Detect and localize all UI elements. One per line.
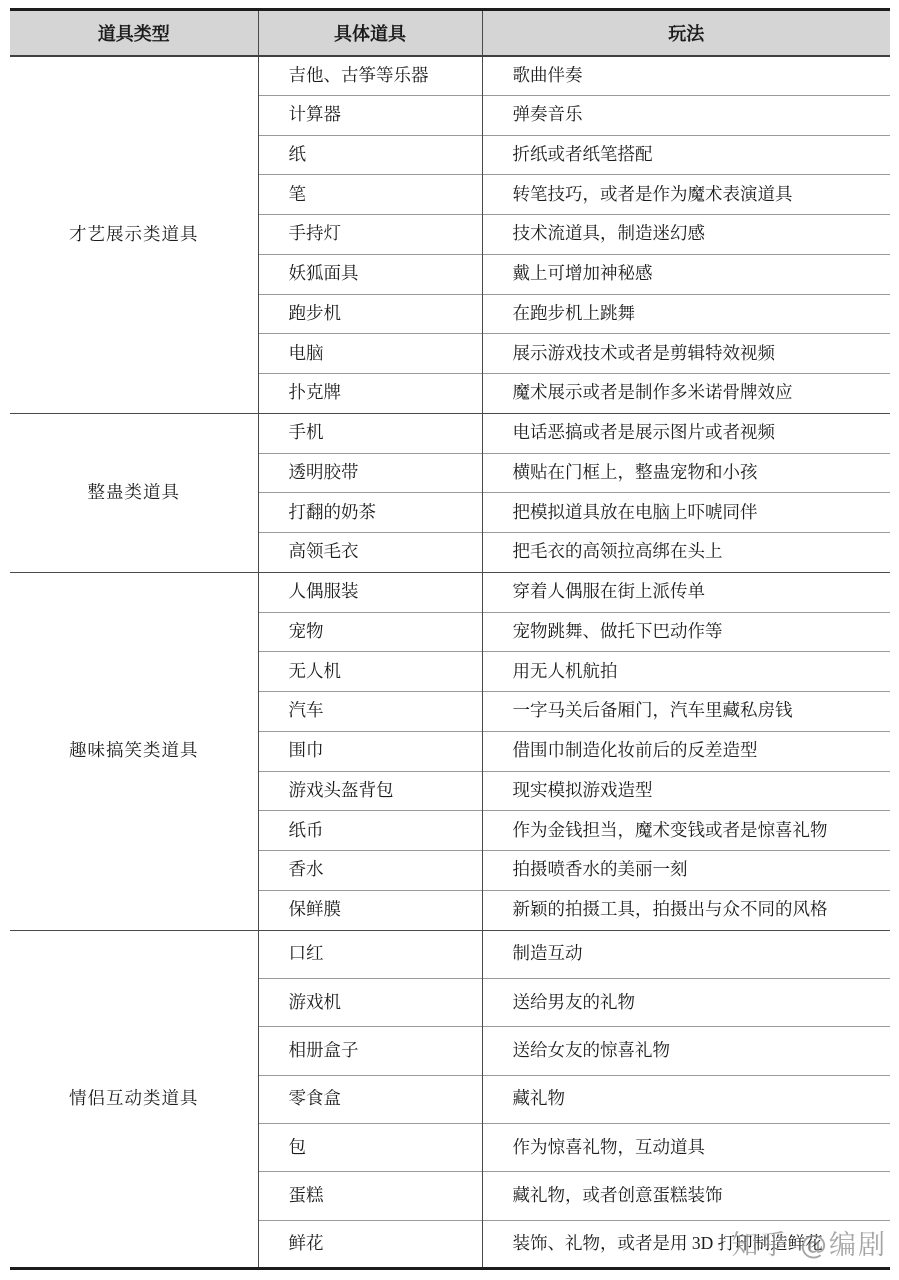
prop-cell: 围巾	[258, 731, 482, 771]
usage-cell: 在跑步机上跳舞	[482, 294, 890, 334]
usage-cell: 用无人机航拍	[482, 652, 890, 692]
usage-cell: 戴上可增加神秘感	[482, 254, 890, 294]
table-row: 整蛊类道具手机电话恶搞或者是展示图片或者视频	[10, 413, 890, 453]
prop-cell: 汽车	[258, 692, 482, 732]
usage-cell: 借围巾制造化妆前后的反差造型	[482, 731, 890, 771]
props-table-container: 道具类型 具体道具 玩法 才艺展示类道具吉他、古筝等乐器歌曲伴奏计算器弹奏音乐纸…	[10, 8, 890, 1270]
prop-cell: 计算器	[258, 95, 482, 135]
prop-cell: 口红	[258, 930, 482, 978]
usage-cell: 展示游戏技术或者是剪辑特效视频	[482, 334, 890, 374]
usage-cell: 现实模拟游戏造型	[482, 771, 890, 811]
usage-cell: 藏礼物，或者创意蛋糕装饰	[482, 1172, 890, 1220]
column-header-prop-type: 道具类型	[10, 10, 258, 56]
usage-cell: 歌曲伴奏	[482, 56, 890, 96]
table-row: 趣味搞笑类道具人偶服装穿着人偶服在街上派传单	[10, 572, 890, 612]
table-body: 才艺展示类道具吉他、古筝等乐器歌曲伴奏计算器弹奏音乐纸折纸或者纸笔搭配笔转笔技巧…	[10, 56, 890, 1269]
prop-cell: 包	[258, 1124, 482, 1172]
usage-cell: 电话恶搞或者是展示图片或者视频	[482, 413, 890, 453]
usage-cell: 魔术展示或者是制作多米诺骨牌效应	[482, 374, 890, 414]
header-row: 道具类型 具体道具 玩法	[10, 10, 890, 56]
usage-cell: 作为惊喜礼物，互动道具	[482, 1124, 890, 1172]
column-header-usage: 玩法	[482, 10, 890, 56]
prop-cell: 笔	[258, 175, 482, 215]
column-header-specific-prop: 具体道具	[258, 10, 482, 56]
usage-cell: 横贴在门框上，整蛊宠物和小孩	[482, 453, 890, 493]
usage-cell: 弹奏音乐	[482, 95, 890, 135]
prop-cell: 鲜花	[258, 1220, 482, 1268]
usage-cell: 制造互动	[482, 930, 890, 978]
prop-cell: 扑克牌	[258, 374, 482, 414]
prop-cell: 相册盒子	[258, 1027, 482, 1075]
prop-cell: 手机	[258, 413, 482, 453]
usage-cell: 把毛衣的高领拉高绑在头上	[482, 533, 890, 573]
usage-cell: 宠物跳舞、做托下巴动作等	[482, 612, 890, 652]
usage-cell: 穿着人偶服在街上派传单	[482, 572, 890, 612]
usage-cell: 把模拟道具放在电脑上吓唬同伴	[482, 493, 890, 533]
prop-cell: 纸币	[258, 811, 482, 851]
prop-cell: 无人机	[258, 652, 482, 692]
usage-cell: 作为金钱担当，魔术变钱或者是惊喜礼物	[482, 811, 890, 851]
prop-cell: 人偶服装	[258, 572, 482, 612]
table-row: 才艺展示类道具吉他、古筝等乐器歌曲伴奏	[10, 56, 890, 96]
category-cell: 才艺展示类道具	[10, 56, 258, 414]
usage-cell: 装饰、礼物，或者是用 3D 打印制造鲜花	[482, 1220, 890, 1268]
usage-cell: 转笔技巧，或者是作为魔术表演道具	[482, 175, 890, 215]
prop-cell: 吉他、古筝等乐器	[258, 56, 482, 96]
category-cell: 趣味搞笑类道具	[10, 572, 258, 930]
prop-cell: 蛋糕	[258, 1172, 482, 1220]
prop-cell: 跑步机	[258, 294, 482, 334]
prop-cell: 宠物	[258, 612, 482, 652]
prop-cell: 香水	[258, 851, 482, 891]
prop-cell: 零食盒	[258, 1075, 482, 1123]
category-cell: 情侣互动类道具	[10, 930, 258, 1269]
prop-cell: 透明胶带	[258, 453, 482, 493]
usage-cell: 送给男友的礼物	[482, 978, 890, 1026]
prop-cell: 高领毛衣	[258, 533, 482, 573]
table-header: 道具类型 具体道具 玩法	[10, 10, 890, 56]
usage-cell: 技术流道具，制造迷幻感	[482, 215, 890, 255]
prop-cell: 游戏机	[258, 978, 482, 1026]
prop-cell: 纸	[258, 135, 482, 175]
prop-cell: 打翻的奶茶	[258, 493, 482, 533]
prop-cell: 妖狐面具	[258, 254, 482, 294]
prop-cell: 电脑	[258, 334, 482, 374]
usage-cell: 折纸或者纸笔搭配	[482, 135, 890, 175]
usage-cell: 送给女友的惊喜礼物	[482, 1027, 890, 1075]
usage-cell: 藏礼物	[482, 1075, 890, 1123]
props-table: 道具类型 具体道具 玩法 才艺展示类道具吉他、古筝等乐器歌曲伴奏计算器弹奏音乐纸…	[10, 8, 890, 1270]
prop-cell: 保鲜膜	[258, 890, 482, 930]
category-cell: 整蛊类道具	[10, 413, 258, 572]
prop-cell: 手持灯	[258, 215, 482, 255]
usage-cell: 一字马关后备厢门，汽车里藏私房钱	[482, 692, 890, 732]
prop-cell: 游戏头盔背包	[258, 771, 482, 811]
usage-cell: 拍摄喷香水的美丽一刻	[482, 851, 890, 891]
table-row: 情侣互动类道具口红制造互动	[10, 930, 890, 978]
usage-cell: 新颖的拍摄工具，拍摄出与众不同的风格	[482, 890, 890, 930]
